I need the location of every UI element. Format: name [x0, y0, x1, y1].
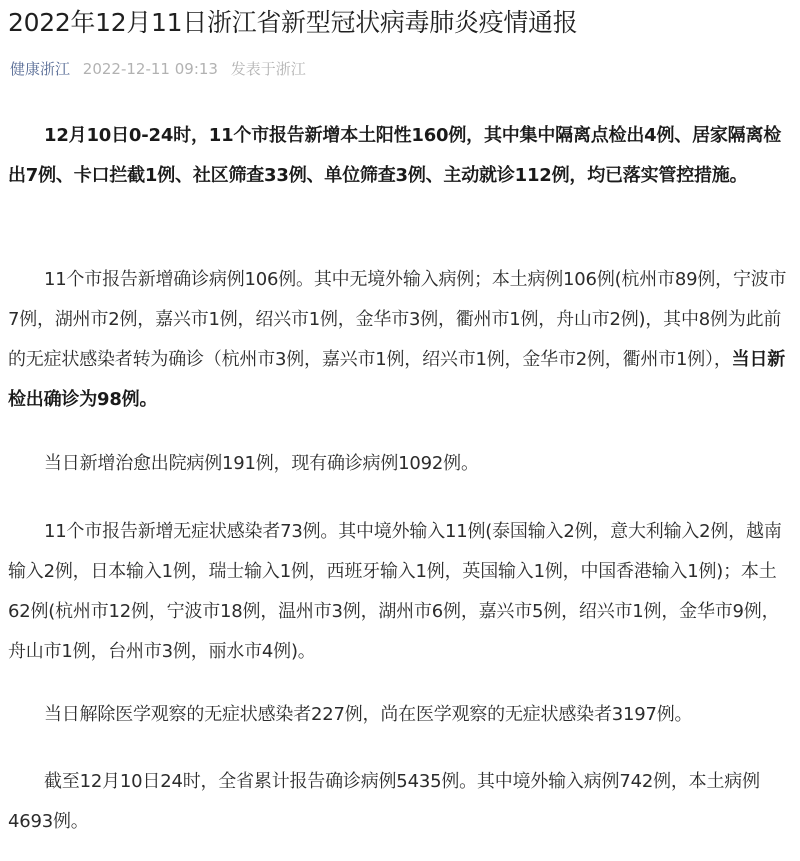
paragraph-recovered: 当日新增治愈出院病例191例，现有确诊病例1092例。 — [8, 444, 792, 484]
paragraph-confirmed-cases: 11个市报告新增确诊病例106例。其中无境外输入病例；本土病例106例(杭州市8… — [8, 260, 792, 420]
paragraph-asymptomatic: 11个市报告新增无症状感染者73例。其中境外输入11例(泰国输入2例，意大利输入… — [8, 512, 792, 672]
article-title: 2022年12月11日浙江省新型冠状病毒肺炎疫情通报 — [8, 6, 577, 40]
paragraph-cumulative: 截至12月10日24时，全省累计报告确诊病例5435例。其中境外输入病例742例… — [8, 762, 792, 842]
publish-time: 2022-12-11 09:13 — [83, 60, 218, 78]
paragraph-released-observation: 当日解除医学观察的无症状感染者227例，尚在医学观察的无症状感染者3197例。 — [8, 695, 792, 735]
paragraph-positive-cases: 12月10日0-24时，11个市报告新增本土阳性160例，其中集中隔离点检出4例… — [8, 116, 792, 196]
confirmed-cases-text: 11个市报告新增确诊病例106例。其中无境外输入病例；本土病例106例(杭州市8… — [8, 269, 786, 370]
account-name-link[interactable]: 健康浙江 — [10, 60, 70, 78]
article-meta: 健康浙江 2022-12-11 09:13 发表于浙江 — [10, 58, 306, 80]
publish-location: 发表于浙江 — [231, 60, 306, 78]
